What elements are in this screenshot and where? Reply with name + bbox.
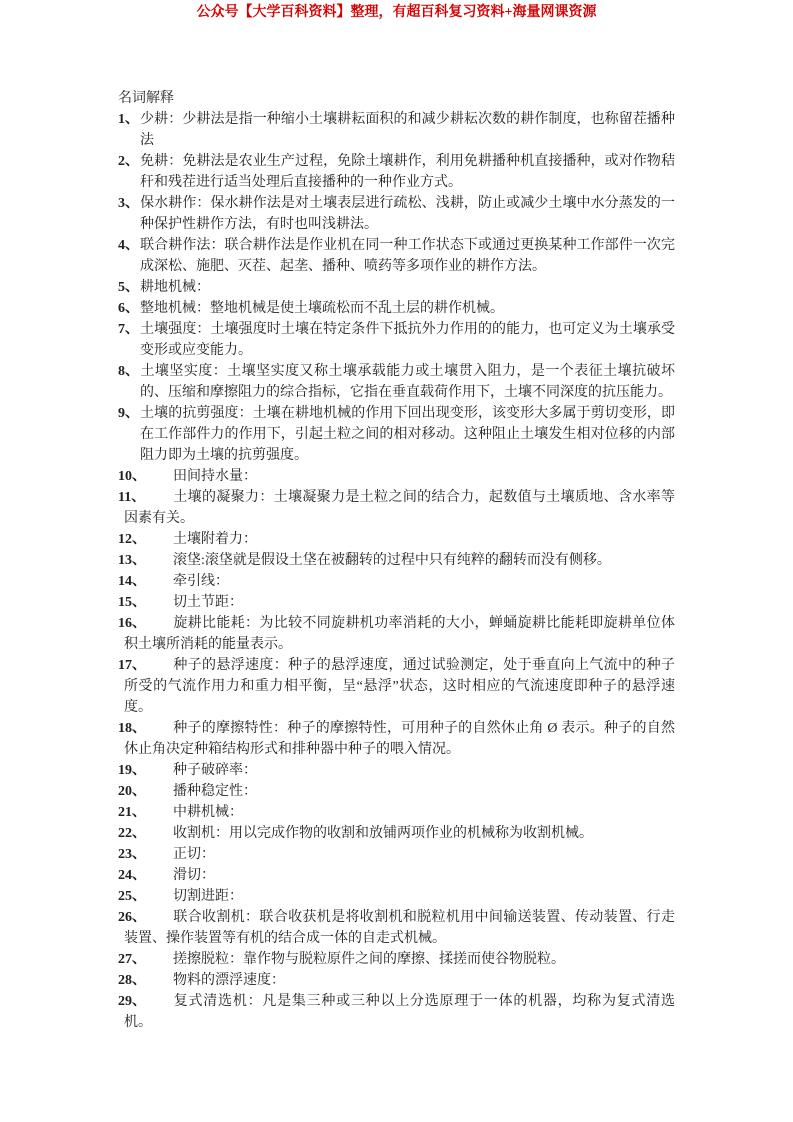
list-item: 16、旋耕比能耗：为比较不同旋耕机功率消耗的大小，蝉蛹旋耕比能耗即旋耕单位体积土… — [118, 613, 675, 655]
item-number: 9、 — [118, 403, 140, 424]
list-item: 18、种子的摩擦特性：种子的摩擦特性，可用种子的自然休止角 Ø 表示。种子的自然… — [118, 718, 675, 760]
page-title: 名词解释 — [118, 88, 675, 109]
item-text: 播种稳定性： — [173, 784, 257, 799]
item-text: 滑切： — [173, 868, 215, 883]
item-number: 6、 — [118, 298, 140, 319]
list-item: 10、田间持水量： — [118, 466, 675, 487]
item-text: 切割进距： — [173, 889, 243, 904]
item-text: 旋耕比能耗：为比较不同旋耕机功率消耗的大小，蝉蛹旋耕比能耗即旋耕单位体积土壤所消… — [124, 616, 675, 652]
item-text: 种子的摩擦特性：种子的摩擦特性，可用种子的自然休止角 Ø 表示。种子的自然休止角… — [124, 721, 675, 757]
list-item: 27、搓擦脱粒：靠作物与脱粒原件之间的摩擦、揉搓而使谷物脱粒。 — [118, 949, 675, 970]
list-item: 19、种子破碎率： — [118, 760, 675, 781]
item-number: 1、 — [118, 109, 140, 130]
list-item: 1、少耕：少耕法是指一种缩小土壤耕耘面积的和减少耕耘次数的耕作制度，也称留茬播种… — [118, 109, 675, 151]
item-text: 联合耕作法：联合耕作法是作业机在同一种工作状态下或通过更换某种工作部件一次完成深… — [140, 238, 675, 274]
item-number: 2、 — [118, 151, 140, 172]
list-item: 9、土壤的抗剪强度：土壤在耕地机械的作用下回出现变形，该变形大多属于剪切变形，即… — [118, 403, 675, 466]
item-number: 26、 — [118, 907, 173, 928]
item-text: 联合收割机：联合收获机是将收割机和脱粒机用中间输送装置、传动装置、行走装置、操作… — [124, 910, 675, 946]
list-item: 11、土壤的凝聚力：土壤凝聚力是土粒之间的结合力，起数值与土壤质地、含水率等因素… — [118, 487, 675, 529]
item-text: 物料的漂浮速度： — [173, 973, 285, 988]
list-item: 2、免耕：免耕法是农业生产过程，免除土壤耕作，利用免耕播种机直接播种，或对作物秸… — [118, 151, 675, 193]
item-number: 27、 — [118, 949, 173, 970]
item-number: 12、 — [118, 529, 173, 550]
definition-list: 1、少耕：少耕法是指一种缩小土壤耕耘面积的和减少耕耘次数的耕作制度，也称留茬播种… — [118, 109, 675, 1033]
list-item: 13、滚垡:滚垡就是假设土垡在被翻转的过程中只有纯粹的翻转而没有侧移。 — [118, 550, 675, 571]
list-item: 3、保水耕作：保水耕作法是对土壤表层进行疏松、浅耕，防止或减少土壤中水分蒸发的一… — [118, 193, 675, 235]
list-item: 22、收割机：用以完成作物的收割和放铺两项作业的机械称为收割机械。 — [118, 823, 675, 844]
list-item: 20、播种稳定性： — [118, 781, 675, 802]
list-item: 14、牵引线： — [118, 571, 675, 592]
list-item: 4、联合耕作法：联合耕作法是作业机在同一种工作状态下或通过更换某种工作部件一次完… — [118, 235, 675, 277]
item-text: 耕地机械： — [140, 280, 210, 295]
document-body: 名词解释 1、少耕：少耕法是指一种缩小土壤耕耘面积的和减少耕耘次数的耕作制度，也… — [118, 88, 675, 1033]
item-text: 土壤附着力： — [173, 532, 257, 547]
item-text: 复式清选机：凡是集三种或三种以上分选原理于一体的机器，均称为复式清选机。 — [124, 994, 675, 1030]
list-item: 23、正切： — [118, 844, 675, 865]
item-number: 24、 — [118, 865, 173, 886]
item-number: 15、 — [118, 592, 173, 613]
item-text: 土壤的凝聚力：土壤凝聚力是土粒之间的结合力，起数值与土壤质地、含水率等因素有关。 — [124, 490, 675, 526]
list-item: 8、土壤坚实度：土壤坚实度又称土壤承载能力或土壤贯入阻力，是一个表征土壤抗破坏的… — [118, 361, 675, 403]
document-page: 公众号【大学百科资料】整理，有超百科复习资料+海量网课资源 名词解释 1、少耕：… — [0, 0, 793, 1122]
item-number: 25、 — [118, 886, 173, 907]
item-number: 13、 — [118, 550, 173, 571]
item-number: 23、 — [118, 844, 173, 865]
list-item: 5、耕地机械： — [118, 277, 675, 298]
item-number: 21、 — [118, 802, 173, 823]
item-number: 8、 — [118, 361, 140, 382]
item-number: 19、 — [118, 760, 173, 781]
item-text: 少耕：少耕法是指一种缩小土壤耕耘面积的和减少耕耘次数的耕作制度，也称留茬播种法 — [140, 112, 675, 148]
item-text: 正切： — [173, 847, 215, 862]
promo-header-text: 公众号【大学百科资料】整理，有超百科复习资料+海量网课资源 — [0, 0, 793, 21]
list-item: 25、切割进距： — [118, 886, 675, 907]
item-text: 收割机：用以完成作物的收割和放铺两项作业的机械称为收割机械。 — [173, 826, 593, 841]
item-text: 保水耕作：保水耕作法是对土壤表层进行疏松、浅耕，防止或减少土壤中水分蒸发的一种保… — [140, 196, 675, 232]
list-item: 15、切土节距： — [118, 592, 675, 613]
item-number: 4、 — [118, 235, 140, 256]
list-item: 24、滑切： — [118, 865, 675, 886]
item-number: 14、 — [118, 571, 173, 592]
item-text: 土壤强度：土壤强度时土壤在特定条件下抵抗外力作用的的能力，也可定义为土壤承受变形… — [140, 322, 675, 358]
item-number: 7、 — [118, 319, 140, 340]
item-number: 18、 — [118, 718, 173, 739]
item-text: 搓擦脱粒：靠作物与脱粒原件之间的摩擦、揉搓而使谷物脱粒。 — [173, 952, 565, 967]
list-item: 26、联合收割机：联合收获机是将收割机和脱粒机用中间输送装置、传动装置、行走装置… — [118, 907, 675, 949]
list-item: 21、中耕机械： — [118, 802, 675, 823]
list-item: 28、物料的漂浮速度： — [118, 970, 675, 991]
item-number: 16、 — [118, 613, 173, 634]
list-item: 7、土壤强度：土壤强度时土壤在特定条件下抵抗外力作用的的能力，也可定义为土壤承受… — [118, 319, 675, 361]
item-text: 土壤的抗剪强度：土壤在耕地机械的作用下回出现变形，该变形大多属于剪切变形，即在工… — [140, 406, 675, 463]
item-text: 牵引线： — [173, 574, 229, 589]
item-text: 田间持水量： — [173, 469, 257, 484]
item-number: 11、 — [118, 487, 173, 508]
item-text: 中耕机械： — [173, 805, 243, 820]
list-item: 17、种子的悬浮速度：种子的悬浮速度，通过试验测定，处于垂直向上气流中的种子所受… — [118, 655, 675, 718]
item-number: 28、 — [118, 970, 173, 991]
item-text: 滚垡:滚垡就是假设土垡在被翻转的过程中只有纯粹的翻转而没有侧移。 — [173, 553, 611, 568]
item-number: 17、 — [118, 655, 173, 676]
item-number: 5、 — [118, 277, 140, 298]
item-number: 3、 — [118, 193, 140, 214]
item-number: 29、 — [118, 991, 173, 1012]
list-item: 29、复式清选机：凡是集三种或三种以上分选原理于一体的机器，均称为复式清选机。 — [118, 991, 675, 1033]
list-item: 6、整地机械：整地机械是使土壤疏松而不乱土层的耕作机械。 — [118, 298, 675, 319]
item-text: 种子的悬浮速度：种子的悬浮速度，通过试验测定，处于垂直向上气流中的种子所受的气流… — [124, 658, 675, 715]
item-number: 10、 — [118, 466, 173, 487]
item-number: 22、 — [118, 823, 173, 844]
item-text: 土壤坚实度：土壤坚实度又称土壤承载能力或土壤贯入阻力，是一个表征土壤抗破坏的、压… — [140, 364, 675, 400]
item-text: 免耕：免耕法是农业生产过程，免除土壤耕作，利用免耕播种机直接播种，或对作物秸秆和… — [140, 154, 675, 190]
item-number: 20、 — [118, 781, 173, 802]
item-text: 种子破碎率： — [173, 763, 257, 778]
item-text: 切土节距： — [173, 595, 243, 610]
list-item: 12、土壤附着力： — [118, 529, 675, 550]
item-text: 整地机械：整地机械是使土壤疏松而不乱土层的耕作机械。 — [140, 301, 504, 316]
